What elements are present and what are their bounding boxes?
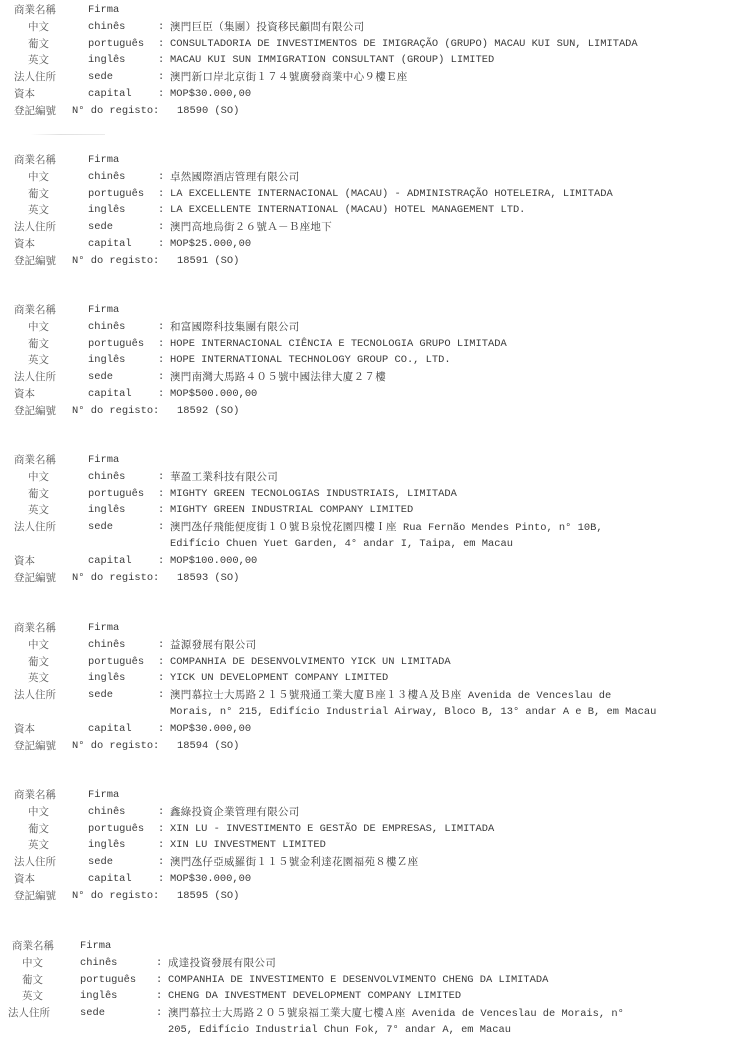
chines-label-zh: 中文 (28, 469, 49, 486)
registo-label-zh: 登記編號 (14, 103, 56, 120)
registo-row: 登記編號 N° do registo : 18592 (SO) (0, 403, 737, 420)
portugues-label-zh: 葡文 (28, 821, 49, 838)
capital-label-zh: 資本 (14, 236, 35, 253)
company-entry-18590: 商業名稱 Firma 中文 chinês : 澳門巨臣（集團）投資移民顧問有限公… (0, 2, 737, 120)
capital-value: MOP$500.000,00 (170, 386, 257, 403)
chines-label-zh: 中文 (28, 169, 49, 186)
capital-label-zh: 資本 (14, 86, 35, 103)
sede-row-continued: 205, Edifício Industrial Chun Fok, 7° an… (0, 1022, 737, 1039)
portugues-row: 葡文 português : MIGHTY GREEN TECNOLOGIAS … (0, 486, 737, 503)
sede-row: 法人住所 sede : 澳門南灣大馬路４０５號中國法律大廈２７樓 (0, 369, 737, 386)
sede-address-latin: Avenida de Venceslau de Morais, n° (406, 1008, 624, 1020)
ingles-label-zh: 英文 (22, 988, 43, 1005)
sede-row-continued: Edifício Chuen Yuet Garden, 4° andar I, … (0, 536, 737, 553)
capital-label-pt: capital (88, 386, 132, 403)
chines-label-pt: chinês (88, 319, 125, 336)
english-name: CHENG DA INVESTMENT DEVELOPMENT COMPANY … (168, 988, 461, 1005)
sede-label-pt: sede (88, 687, 113, 704)
sede-label-pt: sede (80, 1005, 105, 1022)
firma-label-zh: 商業名稱 (14, 2, 56, 19)
ingles-row: 英文 inglês : MIGHTY GREEN INDUSTRIAL COMP… (0, 502, 737, 519)
firma-label-pt: Firma (88, 2, 119, 19)
registo-label-pt: N° do registo (72, 888, 153, 905)
ingles-row: 英文 inglês : XIN LU INVESTMENT LIMITED (0, 837, 737, 854)
portugues-row: 葡文 português : CONSULTADORIA DE INVESTIM… (0, 36, 737, 53)
portugues-label-zh: 葡文 (28, 186, 49, 203)
capital-row: 資本 capital : MOP$100.000,00 (0, 553, 737, 570)
registo-label-pt: N° do registo (72, 103, 153, 120)
sede-address: 澳門高地烏街２６號Ａ－Ｂ座地下 (170, 219, 332, 236)
sede-label-zh: 法人住所 (14, 519, 56, 536)
ingles-row: 英文 inglês : YICK UN DEVELOPMENT COMPANY … (0, 670, 737, 687)
sede-label-zh: 法人住所 (14, 219, 56, 236)
firma-label-zh: 商業名稱 (14, 302, 56, 319)
ingles-label-zh: 英文 (28, 202, 49, 219)
chinese-name: 澳門巨臣（集團）投資移民顧問有限公司 (170, 19, 364, 36)
capital-label-pt: capital (88, 871, 132, 888)
colon: : (158, 654, 164, 671)
chinese-name: 卓然國際酒店管理有限公司 (170, 169, 300, 186)
portugues-label-zh: 葡文 (28, 654, 49, 671)
company-entry-18595: 商業名稱 Firma 中文 chinês : 鑫綠投資企業管理有限公司 葡文 p… (0, 787, 737, 905)
firma-label-pt: Firma (88, 302, 119, 319)
sede-label-zh: 法人住所 (14, 687, 56, 704)
chines-label-pt: chinês (88, 169, 125, 186)
colon: : (156, 955, 162, 972)
chines-label-pt: chinês (88, 804, 125, 821)
registo-label-zh: 登記編號 (14, 253, 56, 270)
sede-label-zh: 法人住所 (14, 369, 56, 386)
capital-label-zh: 資本 (14, 386, 35, 403)
ingles-label-zh: 英文 (28, 837, 49, 854)
english-name: LA EXCELLENTE INTERNATIONAL (MACAU) HOTE… (170, 202, 525, 219)
capital-label-pt: capital (88, 553, 132, 570)
registo-label-zh: 登記編號 (14, 888, 56, 905)
portugues-row: 葡文 português : HOPE INTERNACIONAL CIÊNCI… (0, 336, 737, 353)
english-name: HOPE INTERNATIONAL TECHNOLOGY GROUP CO.,… (170, 352, 451, 369)
colon: : (156, 972, 162, 989)
registo-row: 登記編號 N° do registo : 18594 (SO) (0, 738, 737, 755)
ingles-label-pt: inglês (88, 837, 125, 854)
chinese-name: 和富國際科技集團有限公司 (170, 319, 300, 336)
colon: : (158, 52, 164, 69)
colon: : (158, 319, 164, 336)
portugues-label-pt: português (88, 654, 144, 671)
firma-label-zh: 商業名稱 (14, 452, 56, 469)
colon: : (158, 36, 164, 53)
colon: : (158, 670, 164, 687)
firma-row: 商業名稱 Firma (0, 938, 737, 955)
colon: : (153, 403, 159, 420)
portugues-label-pt: português (88, 336, 144, 353)
sede-label-pt: sede (88, 369, 113, 386)
portuguese-name: XIN LU - INVESTIMENTO E GESTÃO DE EMPRES… (170, 821, 494, 838)
firma-row: 商業名稱 Firma (0, 620, 737, 637)
sede-address-latin: Rua Fernão Mendes Pinto, n° 10B, (397, 522, 603, 534)
chines-row: 中文 chinês : 成達投資發展有限公司 (0, 955, 737, 972)
scan-smudge (30, 134, 105, 135)
firma-label-zh: 商業名稱 (14, 620, 56, 637)
chines-label-pt: chinês (88, 469, 125, 486)
ingles-label-zh: 英文 (28, 52, 49, 69)
colon: : (158, 169, 164, 186)
firma-label-zh: 商業名稱 (14, 787, 56, 804)
portugues-label-zh: 葡文 (28, 36, 49, 53)
registo-label-zh: 登記編號 (14, 738, 56, 755)
capital-label-pt: capital (88, 86, 132, 103)
firma-label-pt: Firma (80, 938, 111, 955)
registo-number: 18592 (SO) (177, 403, 239, 420)
registo-label-pt: N° do registo (72, 403, 153, 420)
ingles-label-pt: inglês (88, 502, 125, 519)
colon: : (158, 854, 164, 871)
sede-address-cjk: 澳門南灣大馬路４０５號中國法律大廈２７樓 (170, 371, 386, 383)
chines-row: 中文 chinês : 澳門巨臣（集團）投資移民顧問有限公司 (0, 19, 737, 36)
sede-address-cjk: 澳門慕拉士大馬路２０５號泉福工業大廈七樓Ａ座 (168, 1007, 406, 1019)
sede-address-line2: Morais, n° 215, Edifício Industrial Airw… (170, 704, 656, 721)
sede-row: 法人住所 sede : 澳門高地烏街２６號Ａ－Ｂ座地下 (0, 219, 737, 236)
registo-label-zh: 登記編號 (14, 570, 56, 587)
colon: : (158, 553, 164, 570)
company-entry-18593: 商業名稱 Firma 中文 chinês : 華盈工業科技有限公司 葡文 por… (0, 452, 737, 586)
chines-label-pt: chinês (88, 19, 125, 36)
capital-label-zh: 資本 (14, 553, 35, 570)
ingles-row: 英文 inglês : LA EXCELLENTE INTERNATIONAL … (0, 202, 737, 219)
chines-row: 中文 chinês : 和富國際科技集團有限公司 (0, 319, 737, 336)
colon: : (158, 871, 164, 888)
colon: : (158, 486, 164, 503)
portugues-label-pt: português (88, 821, 144, 838)
registo-row: 登記編號 N° do registo : 18591 (SO) (0, 253, 737, 270)
registo-label-pt: N° do registo (72, 570, 153, 587)
ingles-row: 英文 inglês : HOPE INTERNATIONAL TECHNOLOG… (0, 352, 737, 369)
colon: : (158, 352, 164, 369)
sede-address: 澳門新口岸北京街１７４號廣發商業中心９樓Ｅ座 (170, 69, 408, 86)
registo-number: 18591 (SO) (177, 253, 239, 270)
registo-label-pt: N° do registo (72, 253, 153, 270)
colon: : (153, 253, 159, 270)
firma-row: 商業名稱 Firma (0, 2, 737, 19)
portuguese-name: COMPANHIA DE DESENVOLVIMENTO YICK UN LIM… (170, 654, 451, 671)
english-name: YICK UN DEVELOPMENT COMPANY LIMITED (170, 670, 388, 687)
sede-row: 法人住所 sede : 澳門慕拉士大馬路２１５號飛通工業大廈Ｂ座１３樓Ａ及Ｂ座 … (0, 687, 737, 704)
capital-value: MOP$25.000,00 (170, 236, 251, 253)
capital-label-pt: capital (88, 721, 132, 738)
sede-address: 澳門慕拉士大馬路２１５號飛通工業大廈Ｂ座１３樓Ａ及Ｂ座 Avenida de V… (170, 687, 611, 705)
portugues-label-pt: português (88, 186, 144, 203)
portuguese-name: HOPE INTERNACIONAL CIÊNCIA E TECNOLOGIA … (170, 336, 507, 353)
chines-row: 中文 chinês : 益源發展有限公司 (0, 637, 737, 654)
colon: : (158, 69, 164, 86)
colon: : (158, 19, 164, 36)
colon: : (153, 738, 159, 755)
portugues-label-pt: português (88, 36, 144, 53)
colon: : (158, 202, 164, 219)
sede-label-pt: sede (88, 219, 113, 236)
sede-address: 澳門氹仔亞威羅街１１５號金利達花園福苑８樓Ｚ座 (170, 854, 418, 871)
colon: : (158, 236, 164, 253)
chines-label-zh: 中文 (28, 19, 49, 36)
colon: : (158, 687, 164, 704)
colon: : (158, 502, 164, 519)
colon: : (158, 186, 164, 203)
company-entry-cheng-da: 商業名稱 Firma 中文 chinês : 成達投資發展有限公司 葡文 por… (0, 938, 737, 1039)
chines-label-pt: chinês (80, 955, 117, 972)
chines-row: 中文 chinês : 卓然國際酒店管理有限公司 (0, 169, 737, 186)
capital-label-pt: capital (88, 236, 132, 253)
chines-label-pt: chinês (88, 637, 125, 654)
sede-label-zh: 法人住所 (14, 854, 56, 871)
sede-address-cjk: 澳門慕拉士大馬路２１５號飛通工業大廈Ｂ座１３樓Ａ及Ｂ座 (170, 689, 462, 701)
company-entry-18592: 商業名稱 Firma 中文 chinês : 和富國際科技集團有限公司 葡文 p… (0, 302, 737, 420)
english-name: XIN LU INVESTMENT LIMITED (170, 837, 326, 854)
capital-row: 資本 capital : MOP$30.000,00 (0, 871, 737, 888)
chinese-name: 成達投資發展有限公司 (168, 955, 276, 972)
english-name: MIGHTY GREEN INDUSTRIAL COMPANY LIMITED (170, 502, 413, 519)
firma-label-zh: 商業名稱 (14, 152, 56, 169)
portugues-row: 葡文 português : XIN LU - INVESTIMENTO E G… (0, 821, 737, 838)
sede-row-continued: Morais, n° 215, Edifício Industrial Airw… (0, 704, 737, 721)
chinese-name: 華盈工業科技有限公司 (170, 469, 278, 486)
registo-number: 18593 (SO) (177, 570, 239, 587)
chines-label-zh: 中文 (28, 637, 49, 654)
portuguese-name: COMPANHIA DE INVESTIMENTO E DESENVOLVIME… (168, 972, 548, 989)
sede-label-pt: sede (88, 69, 113, 86)
portugues-row: 葡文 português : LA EXCELLENTE INTERNACION… (0, 186, 737, 203)
chinese-name: 益源發展有限公司 (170, 637, 256, 654)
sede-label-pt: sede (88, 519, 113, 536)
capital-row: 資本 capital : MOP$25.000,00 (0, 236, 737, 253)
sede-address-latin: Avenida de Venceslau de (462, 690, 612, 702)
colon: : (158, 369, 164, 386)
sede-label-zh: 法人住所 (14, 69, 56, 86)
ingles-label-pt: inglês (88, 670, 125, 687)
sede-address-cjk: 澳門氹仔飛能便度街１０號Ｂ泉悅花園四樓Ｉ座 (170, 521, 397, 533)
chinese-name: 鑫綠投資企業管理有限公司 (170, 804, 300, 821)
sede-row: 法人住所 sede : 澳門氹仔亞威羅街１１５號金利達花園福苑８樓Ｚ座 (0, 854, 737, 871)
capital-row: 資本 capital : MOP$30.000,00 (0, 86, 737, 103)
sede-address-cjk: 澳門新口岸北京街１７４號廣發商業中心９樓Ｅ座 (170, 71, 408, 83)
portugues-label-zh: 葡文 (22, 972, 43, 989)
colon: : (158, 721, 164, 738)
registo-number: 18594 (SO) (177, 738, 239, 755)
portugues-row: 葡文 português : COMPANHIA DE INVESTIMENTO… (0, 972, 737, 989)
colon: : (158, 837, 164, 854)
registo-label-pt: N° do registo (72, 738, 153, 755)
colon: : (153, 570, 159, 587)
colon: : (158, 804, 164, 821)
sede-address: 澳門南灣大馬路４０５號中國法律大廈２７樓 (170, 369, 386, 386)
colon: : (153, 888, 159, 905)
sede-address-cjk: 澳門氹仔亞威羅街１１５號金利達花園福苑８樓Ｚ座 (170, 856, 418, 868)
registo-number: 18595 (SO) (177, 888, 239, 905)
chines-label-zh: 中文 (22, 955, 43, 972)
colon: : (158, 637, 164, 654)
capital-value: MOP$30.000,00 (170, 871, 251, 888)
portugues-row: 葡文 português : COMPANHIA DE DESENVOLVIME… (0, 654, 737, 671)
portuguese-name: MIGHTY GREEN TECNOLOGIAS INDUSTRIAIS, LI… (170, 486, 457, 503)
sede-row: 法人住所 sede : 澳門氹仔飛能便度街１０號Ｂ泉悅花園四樓Ｉ座 Rua Fe… (0, 519, 737, 536)
sede-label-zh: 法人住所 (8, 1005, 50, 1022)
ingles-label-pt: inglês (88, 202, 125, 219)
colon: : (158, 519, 164, 536)
portugues-label-zh: 葡文 (28, 486, 49, 503)
colon: : (158, 386, 164, 403)
capital-value: MOP$30.000,00 (170, 721, 251, 738)
capital-label-zh: 資本 (14, 871, 35, 888)
sede-address-line2: 205, Edifício Industrial Chun Fok, 7° an… (168, 1022, 511, 1039)
portugues-label-zh: 葡文 (28, 336, 49, 353)
registo-row: 登記編號 N° do registo : 18590 (SO) (0, 103, 737, 120)
sede-label-pt: sede (88, 854, 113, 871)
colon: : (158, 219, 164, 236)
registo-row: 登記編號 N° do registo : 18595 (SO) (0, 888, 737, 905)
firma-label-pt: Firma (88, 452, 119, 469)
registo-row: 登記編號 N° do registo : 18593 (SO) (0, 570, 737, 587)
capital-row: 資本 capital : MOP$30.000,00 (0, 721, 737, 738)
chines-row: 中文 chinês : 華盈工業科技有限公司 (0, 469, 737, 486)
firma-row: 商業名稱 Firma (0, 452, 737, 469)
portuguese-name: LA EXCELLENTE INTERNACIONAL (MACAU) - AD… (170, 186, 613, 203)
chines-row: 中文 chinês : 鑫綠投資企業管理有限公司 (0, 804, 737, 821)
company-entry-18591: 商業名稱 Firma 中文 chinês : 卓然國際酒店管理有限公司 葡文 p… (0, 152, 737, 270)
sede-row: 法人住所 sede : 澳門慕拉士大馬路２０５號泉福工業大廈七樓Ａ座 Aveni… (0, 1005, 737, 1022)
english-name: MACAU KUI SUN IMMIGRATION CONSULTANT (GR… (170, 52, 494, 69)
sede-address-cjk: 澳門高地烏街２６號Ａ－Ｂ座地下 (170, 221, 332, 233)
firma-row: 商業名稱 Firma (0, 302, 737, 319)
ingles-label-pt: inglês (88, 52, 125, 69)
colon: : (158, 336, 164, 353)
firma-label-pt: Firma (88, 620, 119, 637)
firma-label-pt: Firma (88, 787, 119, 804)
ingles-label-pt: inglês (88, 352, 125, 369)
capital-value: MOP$100.000,00 (170, 553, 257, 570)
firma-label-pt: Firma (88, 152, 119, 169)
capital-value: MOP$30.000,00 (170, 86, 251, 103)
chines-label-zh: 中文 (28, 804, 49, 821)
firma-row: 商業名稱 Firma (0, 152, 737, 169)
sede-address: 澳門慕拉士大馬路２０５號泉福工業大廈七樓Ａ座 Avenida de Vences… (168, 1005, 624, 1023)
firma-label-zh: 商業名稱 (12, 938, 54, 955)
registo-number: 18590 (SO) (177, 103, 239, 120)
registo-label-zh: 登記編號 (14, 403, 56, 420)
ingles-row: 英文 inglês : MACAU KUI SUN IMMIGRATION CO… (0, 52, 737, 69)
ingles-label-pt: inglês (80, 988, 117, 1005)
ingles-row: 英文 inglês : CHENG DA INVESTMENT DEVELOPM… (0, 988, 737, 1005)
ingles-label-zh: 英文 (28, 352, 49, 369)
capital-label-zh: 資本 (14, 721, 35, 738)
ingles-label-zh: 英文 (28, 670, 49, 687)
colon: : (158, 821, 164, 838)
portuguese-name: CONSULTADORIA DE INVESTIMENTOS DE IMIGRA… (170, 36, 638, 53)
sede-address-line2: Edifício Chuen Yuet Garden, 4° andar I, … (170, 536, 513, 553)
portugues-label-pt: português (88, 486, 144, 503)
company-entry-18594: 商業名稱 Firma 中文 chinês : 益源發展有限公司 葡文 portu… (0, 620, 737, 754)
colon: : (156, 1005, 162, 1022)
sede-address: 澳門氹仔飛能便度街１０號Ｂ泉悅花園四樓Ｉ座 Rua Fernão Mendes … (170, 519, 603, 537)
sede-row: 法人住所 sede : 澳門新口岸北京街１７４號廣發商業中心９樓Ｅ座 (0, 69, 737, 86)
colon: : (158, 86, 164, 103)
registry-page: 商業名稱 Firma 中文 chinês : 澳門巨臣（集團）投資移民顧問有限公… (0, 0, 737, 1047)
colon: : (156, 988, 162, 1005)
portugues-label-pt: português (80, 972, 136, 989)
chines-label-zh: 中文 (28, 319, 49, 336)
colon: : (158, 469, 164, 486)
capital-row: 資本 capital : MOP$500.000,00 (0, 386, 737, 403)
firma-row: 商業名稱 Firma (0, 787, 737, 804)
ingles-label-zh: 英文 (28, 502, 49, 519)
colon: : (153, 103, 159, 120)
